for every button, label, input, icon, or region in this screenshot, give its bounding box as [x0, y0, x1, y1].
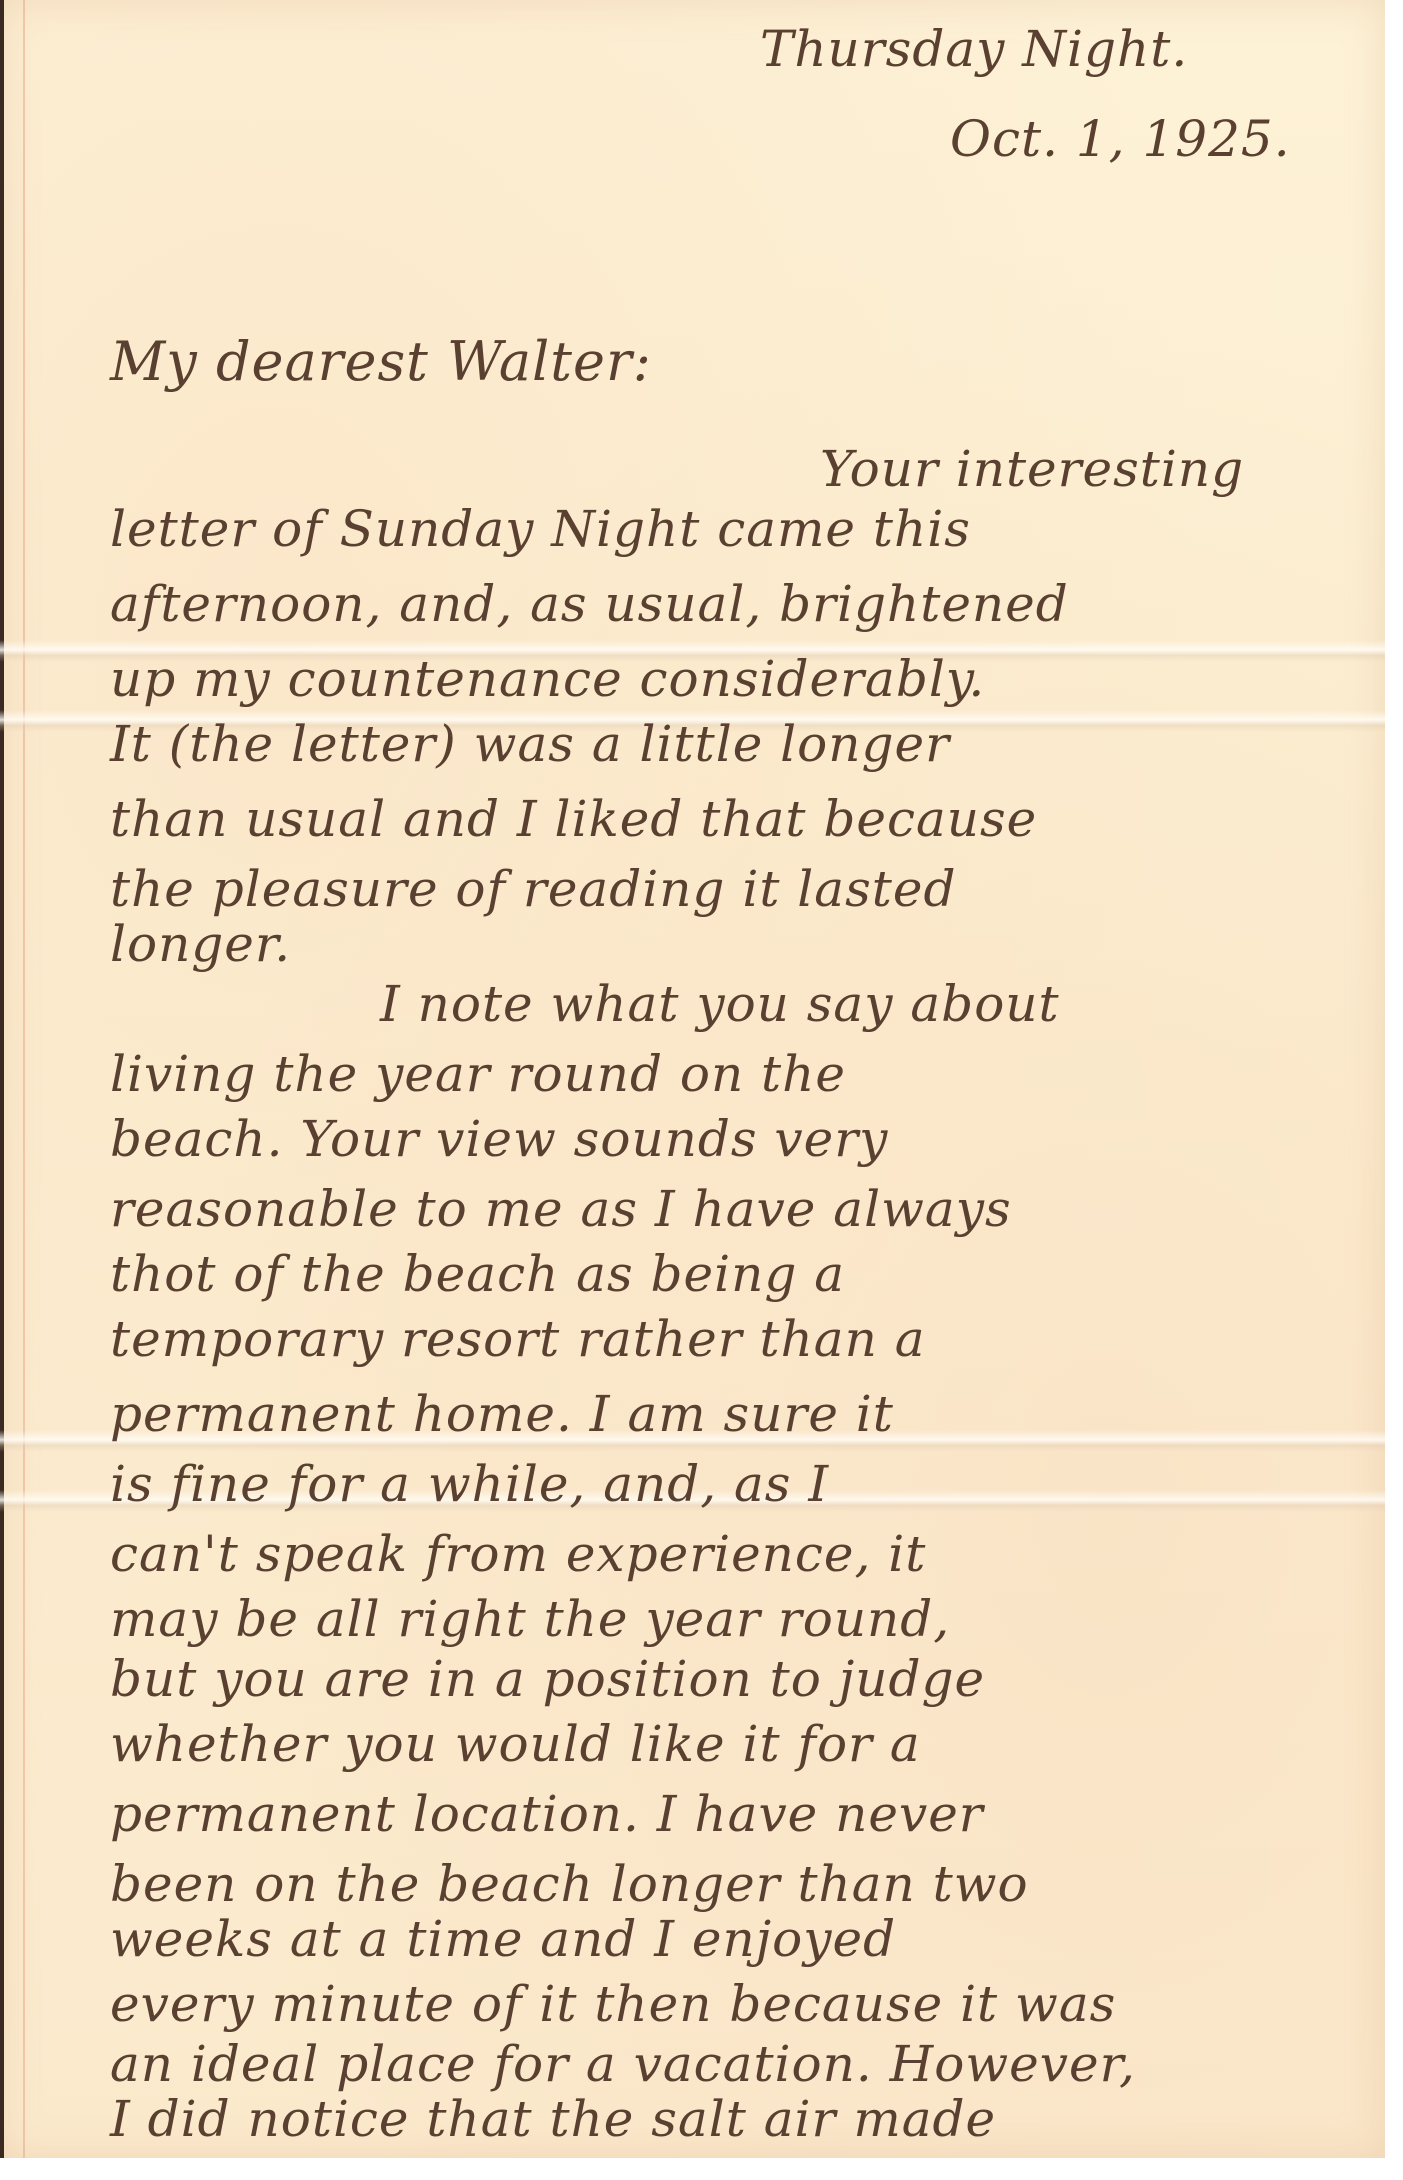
- letter-line: but you are in a position to judge: [110, 1650, 985, 1708]
- letter-line: can't speak from experience, it: [110, 1525, 926, 1583]
- letter-line: every minute of it then because it was: [110, 1975, 1116, 2033]
- letter-line: I did notice that the salt air made: [110, 2090, 996, 2148]
- letter-line: permanent location. I have never: [110, 1785, 984, 1843]
- margin-line: [23, 0, 25, 2158]
- letter-line: living the year round on the: [110, 1045, 846, 1103]
- letter-line: permanent home. I am sure it: [110, 1385, 894, 1443]
- letter-page: Thursday Night. Oct. 1, 1925. My dearest…: [0, 0, 1385, 2158]
- letter-line: may be all right the year round,: [110, 1590, 950, 1648]
- letter-line: an ideal place for a vacation. However,: [110, 2035, 1136, 2093]
- letter-line: than usual and I liked that because: [110, 790, 1037, 848]
- letter-line: temporary resort rather than a: [110, 1310, 926, 1368]
- letter-line: Your interesting: [820, 440, 1244, 498]
- letter-line: up my countenance considerably.: [110, 650, 985, 708]
- letter-line: letter of Sunday Night came this: [110, 500, 971, 558]
- letter-line: been on the beach longer than two: [110, 1855, 1029, 1913]
- letter-line: thot of the beach as being a: [110, 1245, 845, 1303]
- letter-line: the pleasure of reading it lasted: [110, 860, 956, 918]
- letter-line: weeks at a time and I enjoyed: [110, 1910, 896, 1968]
- letter-line: whether you would like it for a: [110, 1715, 921, 1773]
- letter-line: is fine for a while, and, as I: [110, 1455, 829, 1513]
- dateline-day: Thursday Night.: [760, 20, 1188, 78]
- letter-line: It (the letter) was a little longer: [110, 715, 950, 773]
- salutation: My dearest Walter:: [110, 330, 652, 393]
- letter-line: longer.: [110, 915, 291, 973]
- page-left-edge: [0, 0, 4, 2158]
- letter-line: beach. Your view sounds very: [110, 1110, 888, 1168]
- dateline-date: Oct. 1, 1925.: [950, 110, 1291, 168]
- letter-line: reasonable to me as I have always: [110, 1180, 1012, 1238]
- letter-line: I note what you say about: [380, 975, 1060, 1033]
- letter-line: afternoon, and, as usual, brightened: [110, 575, 1069, 633]
